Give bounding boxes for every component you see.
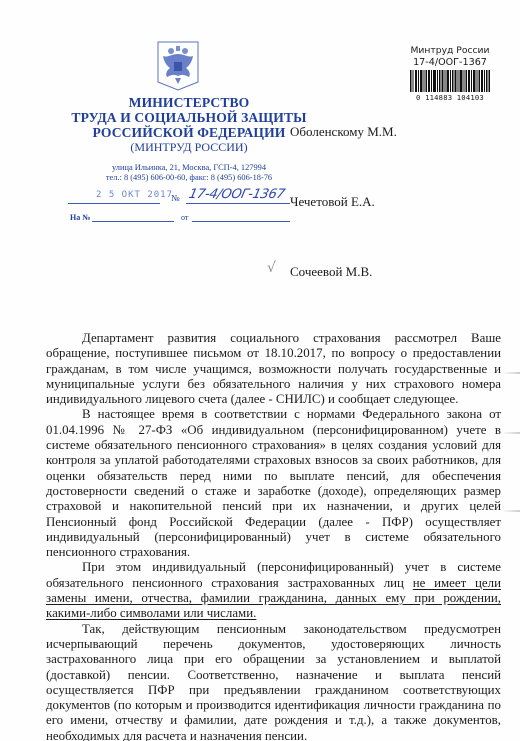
from-field [192, 211, 290, 222]
ref-field [92, 211, 174, 222]
barcode-label: Минтруд России 17-4/ООГ-1367 [395, 45, 505, 102]
address-phone: тел.: 8 (495) 606-00-60, факс: 8 (495) 6… [60, 173, 318, 183]
ref-label: На № [70, 213, 90, 222]
barcode-digits: 0 114883 104103 [395, 93, 505, 102]
barcode-icon [410, 70, 490, 92]
registration-line: 2 5 ОКТ 2017 № 17-4/ООГ-1367 [68, 190, 318, 206]
letter-body: Департамент развития социального страхов… [46, 331, 501, 741]
recipient-3: Сочеевой М.В. [290, 264, 372, 280]
letter-page: МИНИСТЕРСТВО ТРУДА И СОЦИАЛЬНОЙ ЗАЩИТЫ Р… [0, 0, 520, 741]
ministry-line-3: РОССИЙСКОЙ ФЕДЕРАЦИИ [60, 125, 318, 140]
paragraph-2: В настоящее время в соответствии с норма… [46, 407, 501, 560]
scan-artifact [502, 432, 520, 434]
scan-artifact [502, 510, 520, 512]
paragraph-4: Так, действующим пенсионным законодатель… [46, 622, 501, 741]
address-street: улица Ильинка, 21, Москва, ГСП-4, 127994 [60, 163, 318, 173]
paragraph-1: Департамент развития социального страхов… [46, 331, 501, 407]
from-label: от [181, 213, 188, 222]
date-stamp: 2 5 ОКТ 2017 [96, 190, 173, 200]
checkmark-icon: √ [267, 260, 276, 276]
paragraph-3: При этом индивидуальный (персонифицирова… [46, 560, 501, 621]
registration-number: 17-4/ООГ-1367 [187, 187, 286, 202]
number-label: № [171, 193, 180, 203]
ministry-line-1: МИНИСТЕРСТВО [60, 95, 318, 110]
reference-line: На № от [70, 211, 320, 225]
ministry-name-block: МИНИСТЕРСТВО ТРУДА И СОЦИАЛЬНОЙ ЗАЩИТЫ Р… [60, 95, 318, 154]
recipient-1: Оболенскому М.М. [290, 124, 397, 140]
coat-of-arms-icon [155, 40, 201, 92]
scan-artifact [502, 372, 520, 374]
recipient-2: Чечетовой Е.А. [290, 194, 375, 210]
barcode-registration: 17-4/ООГ-1367 [395, 57, 505, 69]
barcode-organization: Минтруд России [395, 45, 505, 57]
ministry-address: улица Ильинка, 21, Москва, ГСП-4, 127994… [60, 163, 318, 183]
ministry-short-name: (МИНТРУД РОССИИ) [60, 140, 318, 154]
ministry-line-2: ТРУДА И СОЦИАЛЬНОЙ ЗАЩИТЫ [60, 110, 318, 125]
